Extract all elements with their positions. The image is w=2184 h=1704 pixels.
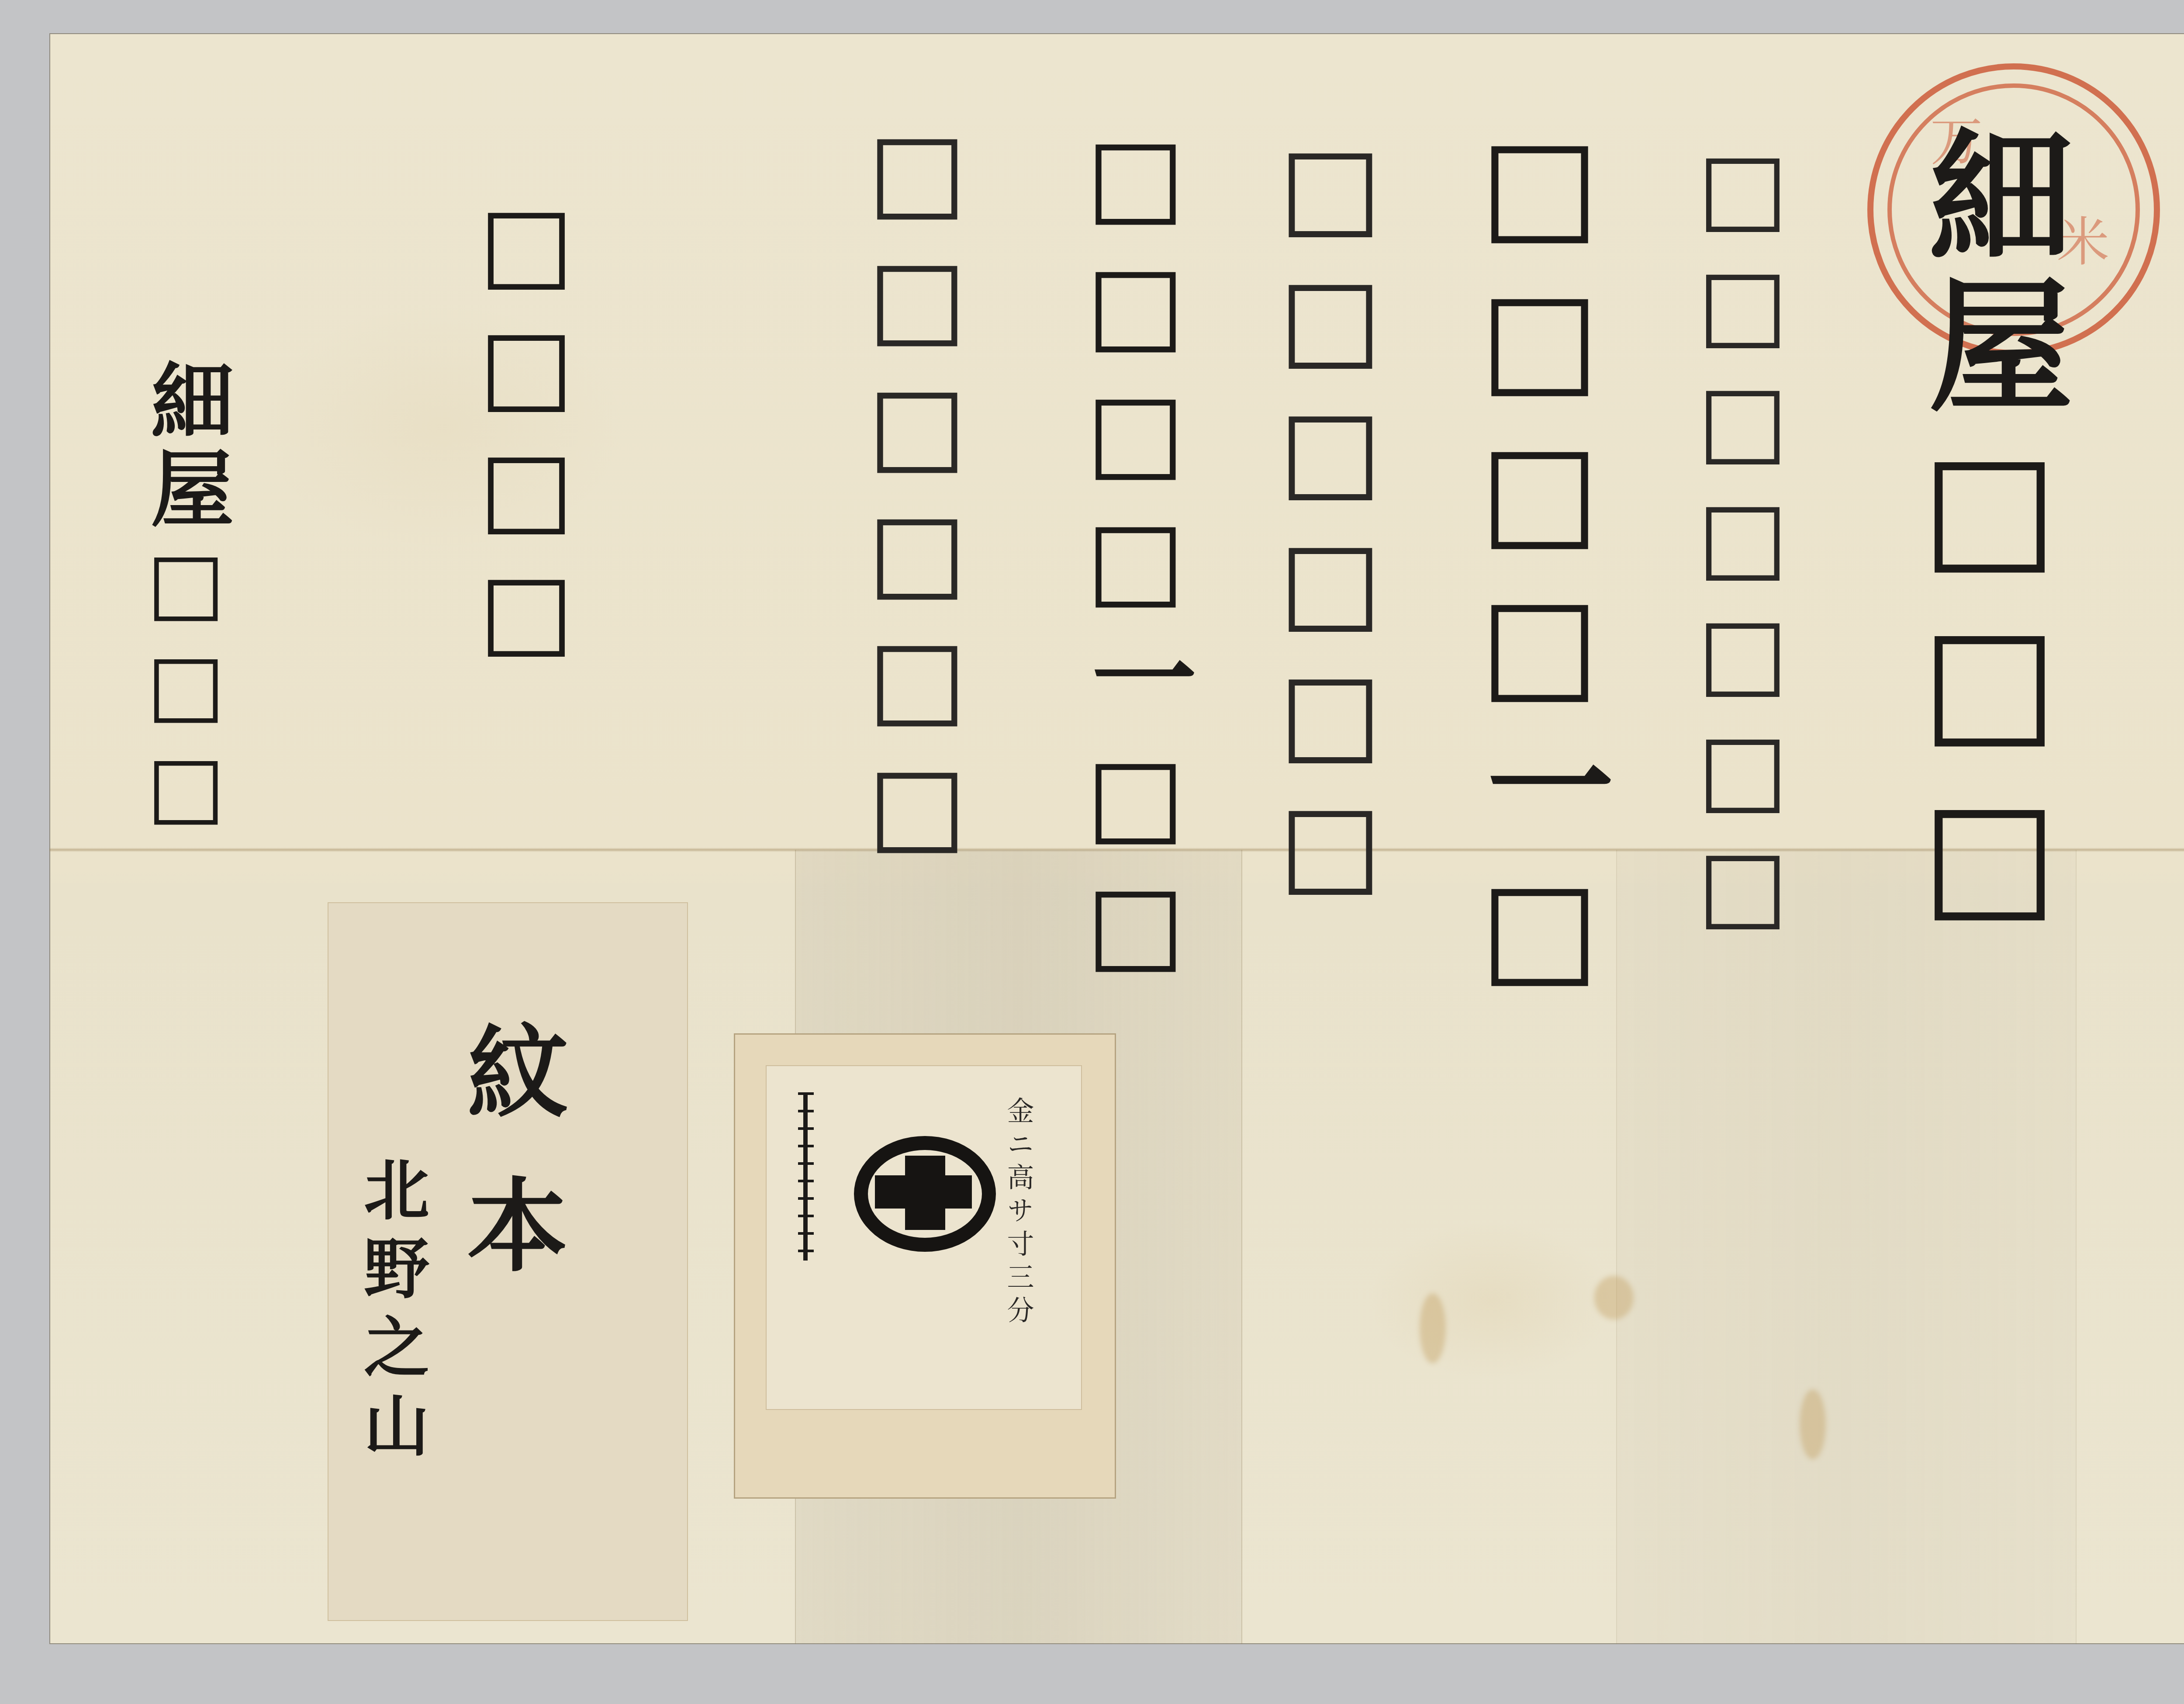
foxing-stain xyxy=(1594,1276,1634,1320)
text-column-addressee: 細屋□□□ xyxy=(1918,122,2062,941)
cross-horizontal-bar xyxy=(875,1175,972,1209)
crest-size-annotation: 金ニ高サ寸三分 xyxy=(1005,1097,1032,1329)
text-column-5: □□□□一□□ xyxy=(1083,114,1188,988)
foxing-stain xyxy=(1420,1293,1446,1363)
crest-sample-slip: 金ニ高サ寸三分 xyxy=(734,1033,1116,1499)
text-column-6: □□□□□□ xyxy=(865,109,970,869)
foxing-stain xyxy=(1800,1389,1826,1459)
slip-title: 紋本 xyxy=(459,1020,559,1326)
crest-sample-inner-paper: 金ニ高サ寸三分 xyxy=(767,1066,1081,1409)
text-column-date: □□□□ xyxy=(476,184,577,673)
text-column-2: □□□□□□□ xyxy=(1695,131,1791,945)
mounting-strip-right xyxy=(1616,850,2077,1644)
text-column-4: □□□□□□ xyxy=(1275,122,1385,911)
text-column-3: □□□□一□ xyxy=(1476,109,1603,1005)
text-column-signature: 細屋□□□ xyxy=(144,358,227,838)
crest-book-label-slip: 紋本 北野之山 xyxy=(328,902,688,1621)
struck-through-annotation xyxy=(798,1092,814,1261)
slip-subtitle: 北野之山 xyxy=(358,1156,424,1470)
